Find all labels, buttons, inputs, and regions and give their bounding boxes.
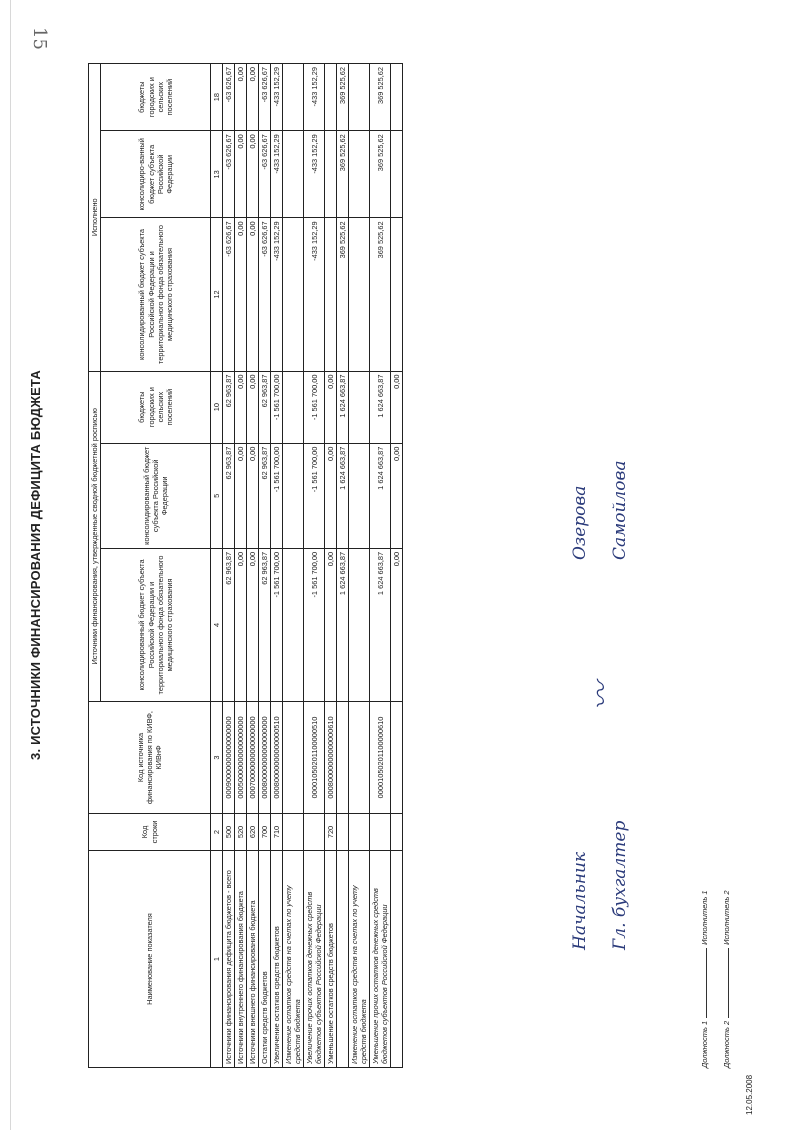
row-value: 369 525,62 bbox=[337, 131, 349, 218]
sheet-content: 3. ИСТОЧНИКИ ФИНАНСИРОВАНИЯ ДЕФИЦИТА БЮД… bbox=[0, 0, 800, 1130]
header-sub: консолидированный бюджет субъекта Россий… bbox=[101, 548, 211, 701]
row-source-code bbox=[283, 702, 304, 814]
row-value: 1 624 663,87 bbox=[337, 371, 349, 443]
row-value: 0,00 bbox=[247, 218, 259, 371]
row-code: 710 bbox=[271, 814, 283, 851]
row-value bbox=[349, 64, 370, 131]
table-row: Источники внутреннего финансирования бюд… bbox=[235, 64, 247, 1068]
header-code-row: Код строки bbox=[89, 814, 211, 851]
row-value: 1 624 663,87 bbox=[337, 443, 349, 548]
table-row: Увеличение прочих остатков денежных сред… bbox=[304, 64, 325, 1068]
row-name: Остатки средств бюджетов bbox=[259, 851, 271, 1068]
row-value bbox=[391, 218, 403, 371]
signature-line-1: Должность 1Исполнитель 1 bbox=[700, 890, 709, 1068]
executor-2-label: Исполнитель 2 bbox=[722, 890, 731, 944]
header-code-source: Код источника финансирования по КИВФ, КИ… bbox=[89, 702, 211, 814]
row-value bbox=[391, 131, 403, 218]
row-value: 62 963,87 bbox=[223, 443, 235, 548]
row-value: 62 963,87 bbox=[259, 443, 271, 548]
table-body: Источники финансирования дефицита бюджет… bbox=[223, 64, 403, 1068]
row-value: 0,00 bbox=[247, 131, 259, 218]
row-value: 1 624 663,87 bbox=[370, 371, 391, 443]
row-source-code bbox=[391, 702, 403, 814]
row-code bbox=[283, 814, 304, 851]
row-code: 620 bbox=[247, 814, 259, 851]
row-value: -433 152,29 bbox=[271, 131, 283, 218]
table-row: Увеличение остатков средств бюджетов7100… bbox=[271, 64, 283, 1068]
header-name: Наименование показателя bbox=[89, 851, 211, 1068]
row-value bbox=[325, 64, 337, 131]
row-value: 62 963,87 bbox=[259, 371, 271, 443]
row-name: Источники внутреннего финансирования бюд… bbox=[235, 851, 247, 1068]
row-source-code: 00050000000000000000 bbox=[235, 702, 247, 814]
header-sub: бюджеты городских и сельских поселений bbox=[101, 371, 211, 443]
row-code: 520 bbox=[235, 814, 247, 851]
header-sub: бюджеты городских и сельских поселений bbox=[101, 64, 211, 131]
column-number: 12 bbox=[211, 218, 223, 371]
signature-line-2: Должность 2Исполнитель 2 bbox=[722, 890, 731, 1068]
row-value bbox=[283, 131, 304, 218]
row-value: 62 963,87 bbox=[223, 548, 235, 701]
handwritten-title-1: Начальник bbox=[570, 852, 590, 950]
row-source-code: 00070000000000000000 bbox=[247, 702, 259, 814]
column-number: 3 bbox=[211, 702, 223, 814]
row-value bbox=[391, 64, 403, 131]
row-value: 0,00 bbox=[391, 371, 403, 443]
column-number: 4 bbox=[211, 548, 223, 701]
header-sub: консолидированный бюджет субъекта Россий… bbox=[101, 218, 211, 371]
row-value: 369 525,62 bbox=[337, 218, 349, 371]
table-row: 1 624 663,871 624 663,871 624 663,87369 … bbox=[337, 64, 349, 1068]
row-name: Уменьшение прочих остатков денежных сред… bbox=[370, 851, 391, 1068]
column-number: 2 bbox=[211, 814, 223, 851]
row-name: Источники внешнего финансирования бюджет… bbox=[247, 851, 259, 1068]
row-value: 0,00 bbox=[391, 443, 403, 548]
row-name bbox=[391, 851, 403, 1068]
table-row: Источники внешнего финансирования бюджет… bbox=[247, 64, 259, 1068]
row-name: Увеличение остатков средств бюджетов bbox=[271, 851, 283, 1068]
row-value: -1 561 700,00 bbox=[271, 548, 283, 701]
table-row: Уменьшение прочих остатков денежных сред… bbox=[370, 64, 391, 1068]
row-value: -1 561 700,00 bbox=[304, 443, 325, 548]
row-code: 500 bbox=[223, 814, 235, 851]
row-source-code bbox=[349, 702, 370, 814]
handwritten-title-2: Гл. бухгалтер bbox=[610, 821, 630, 950]
row-value: 0,00 bbox=[247, 371, 259, 443]
row-value: 1 624 663,87 bbox=[370, 548, 391, 701]
row-value bbox=[349, 548, 370, 701]
row-value: -1 561 700,00 bbox=[271, 443, 283, 548]
row-value: 0,00 bbox=[235, 371, 247, 443]
row-value bbox=[325, 218, 337, 371]
table-row: Изменение остатков средств на счетах по … bbox=[283, 64, 304, 1068]
row-source-code: 00001050201100000510 bbox=[304, 702, 325, 814]
row-value: -433 152,29 bbox=[271, 218, 283, 371]
row-name: Изменение остатков средств на счетах по … bbox=[349, 851, 370, 1068]
row-value: -1 561 700,00 bbox=[304, 371, 325, 443]
row-code bbox=[337, 814, 349, 851]
row-value bbox=[283, 548, 304, 701]
table-row: Изменение остатков средств на счетах по … bbox=[349, 64, 370, 1068]
handwritten-name-2: Самойлова bbox=[610, 460, 630, 560]
row-value: 369 525,62 bbox=[337, 64, 349, 131]
row-code bbox=[391, 814, 403, 851]
row-value: -433 152,29 bbox=[271, 64, 283, 131]
header-executed-group: Исполнено bbox=[89, 64, 101, 372]
row-name bbox=[337, 851, 349, 1068]
row-value: -433 152,29 bbox=[304, 131, 325, 218]
row-value: 0,00 bbox=[235, 443, 247, 548]
row-source-code: 00001050201100000610 bbox=[370, 702, 391, 814]
row-value: 0,00 bbox=[325, 443, 337, 548]
page-title: 3. ИСТОЧНИКИ ФИНАНСИРОВАНИЯ ДЕФИЦИТА БЮД… bbox=[28, 315, 43, 815]
row-source-code: 00080000000000000510 bbox=[271, 702, 283, 814]
row-name: Увеличение прочих остатков денежных сред… bbox=[304, 851, 325, 1068]
row-value bbox=[349, 371, 370, 443]
row-value bbox=[283, 64, 304, 131]
row-source-code: 00080000000000000610 bbox=[325, 702, 337, 814]
row-value: 369 525,62 bbox=[370, 64, 391, 131]
row-value: 0,00 bbox=[247, 548, 259, 701]
header-sub: консолидиро-ванный бюджет субъекта Росси… bbox=[101, 131, 211, 218]
row-value: -63 626,67 bbox=[223, 131, 235, 218]
row-value: 0,00 bbox=[235, 548, 247, 701]
row-value: 0,00 bbox=[325, 371, 337, 443]
row-code: 700 bbox=[259, 814, 271, 851]
row-value bbox=[349, 218, 370, 371]
row-value: -63 626,67 bbox=[259, 131, 271, 218]
row-value bbox=[349, 131, 370, 218]
executor-1-label: Исполнитель 1 bbox=[700, 890, 709, 944]
handwritten-name-1: Озерова bbox=[570, 486, 590, 560]
document-date: 12.05.2008 bbox=[745, 1075, 754, 1115]
table-row: Источники финансирования дефицита бюджет… bbox=[223, 64, 235, 1068]
row-value: -1 561 700,00 bbox=[271, 371, 283, 443]
header-approved-group: Источники финансирования, утвержденные с… bbox=[89, 371, 101, 701]
column-number: 5 bbox=[211, 443, 223, 548]
row-value: 369 525,62 bbox=[370, 131, 391, 218]
table-row: 0,000,000,00 bbox=[391, 64, 403, 1068]
row-value: -433 152,29 bbox=[304, 64, 325, 131]
row-source-code: 00090000000000000000 bbox=[223, 702, 235, 814]
row-value: -63 626,67 bbox=[259, 218, 271, 371]
row-value: 62 963,87 bbox=[259, 548, 271, 701]
row-value: -433 152,29 bbox=[304, 218, 325, 371]
table-row: Уменьшение остатков средств бюджетов7200… bbox=[325, 64, 337, 1068]
row-value: 0,00 bbox=[247, 64, 259, 131]
row-value: 1 624 663,87 bbox=[337, 548, 349, 701]
row-value: 0,00 bbox=[235, 218, 247, 371]
position-2-label: Должность 2 bbox=[722, 1021, 731, 1068]
table-row: Остатки средств бюджетов7000008000000000… bbox=[259, 64, 271, 1068]
row-code bbox=[370, 814, 391, 851]
row-value: 0,00 bbox=[235, 64, 247, 131]
row-name: Изменение остатков средств на счетах по … bbox=[283, 851, 304, 1068]
row-value: 0,00 bbox=[235, 131, 247, 218]
row-value: -63 626,67 bbox=[259, 64, 271, 131]
row-value: 369 525,62 bbox=[370, 218, 391, 371]
row-code bbox=[349, 814, 370, 851]
row-value bbox=[325, 131, 337, 218]
row-source-code: 00080000000000000000 bbox=[259, 702, 271, 814]
rotated-sheet: 3. ИСТОЧНИКИ ФИНАНСИРОВАНИЯ ДЕФИЦИТА БЮД… bbox=[0, 0, 800, 1130]
row-value: 0,00 bbox=[247, 443, 259, 548]
row-value: -63 626,67 bbox=[223, 64, 235, 131]
row-value bbox=[283, 218, 304, 371]
column-number: 18 bbox=[211, 64, 223, 131]
row-source-code bbox=[337, 702, 349, 814]
row-value: -1 561 700,00 bbox=[304, 548, 325, 701]
row-code bbox=[304, 814, 325, 851]
row-value: 0,00 bbox=[325, 548, 337, 701]
row-value: 1 624 663,87 bbox=[370, 443, 391, 548]
row-value: 0,00 bbox=[391, 548, 403, 701]
position-1-label: Должность 1 bbox=[700, 1021, 709, 1068]
signature-scribble: 〰 bbox=[580, 682, 620, 710]
header-sub: консолидированный бюджет субъекта Россий… bbox=[101, 443, 211, 548]
column-number: 13 bbox=[211, 131, 223, 218]
row-value bbox=[349, 443, 370, 548]
column-number: 10 bbox=[211, 371, 223, 443]
row-value: -63 626,67 bbox=[223, 218, 235, 371]
row-value bbox=[283, 371, 304, 443]
row-name: Уменьшение остатков средств бюджетов bbox=[325, 851, 337, 1068]
financing-sources-table: Наименование показателя Код строки Код и… bbox=[88, 63, 403, 1068]
column-numbers-row: 1234510121318 bbox=[211, 64, 223, 1068]
row-name: Источники финансирования дефицита бюджет… bbox=[223, 851, 235, 1068]
column-number: 1 bbox=[211, 851, 223, 1068]
row-code: 720 bbox=[325, 814, 337, 851]
row-value: 62 963,87 bbox=[223, 371, 235, 443]
row-value bbox=[283, 443, 304, 548]
